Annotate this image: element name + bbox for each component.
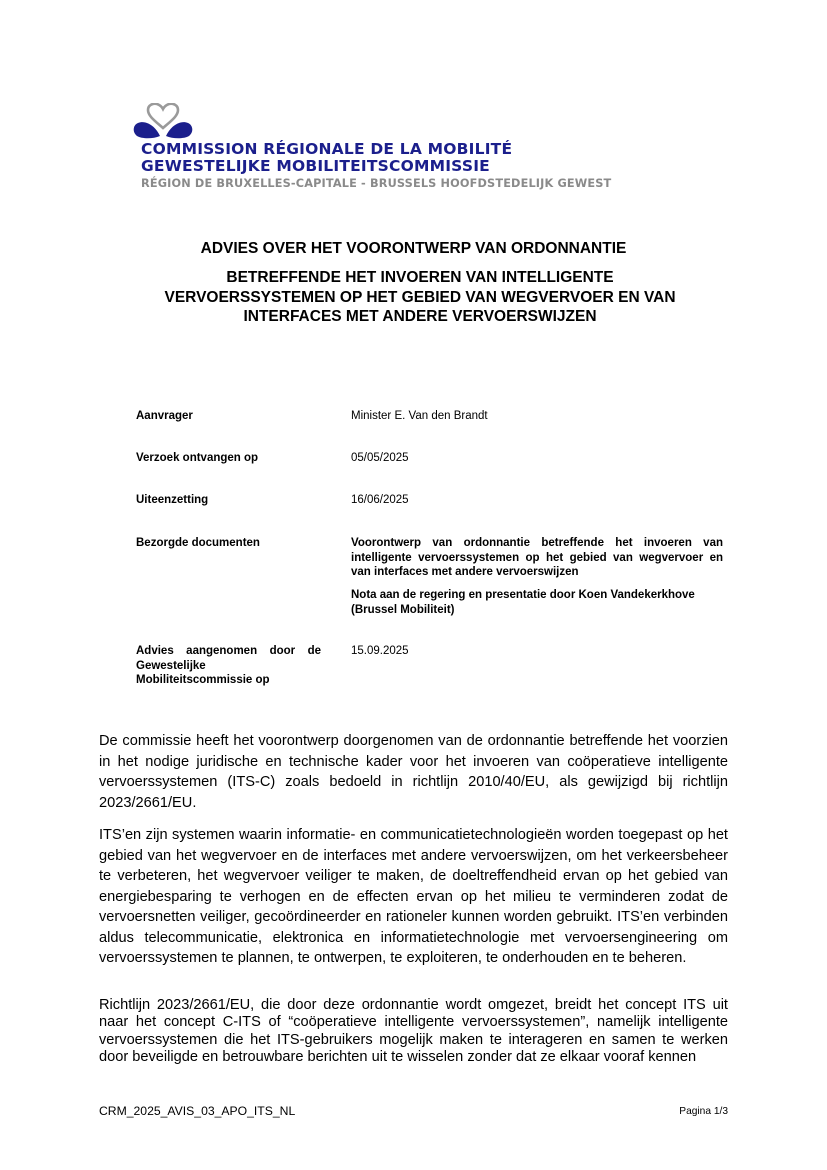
received-label: Verzoek ontvangen op — [136, 451, 321, 466]
presentation-label: Uiteenzetting — [136, 493, 321, 508]
document-subtitle: BETREFFENDE HET INVOEREN VAN INTELLIGENT… — [140, 268, 700, 327]
org-region: RÉGION DE BRUXELLES-CAPITALE - BRUSSELS … — [141, 177, 611, 190]
received-value: 05/05/2025 — [351, 451, 723, 466]
document-item: Voorontwerp van ordonnantie betreffende … — [351, 536, 723, 580]
body-paragraph: ITS’en zijn systemen waarin informatie- … — [99, 825, 728, 969]
footer-page-number: Pagina 1/3 — [679, 1106, 728, 1117]
requester-label: Aanvrager — [136, 409, 321, 424]
footer-doc-ref: CRM_2025_AVIS_03_APO_ITS_NL — [99, 1104, 295, 1118]
presentation-value: 16/06/2025 — [351, 493, 723, 508]
documents-label: Bezorgde documenten — [136, 536, 321, 551]
document-title: ADVIES OVER HET VOORONTWERP VAN ORDONNAN… — [0, 240, 827, 258]
requester-value: Minister E. Van den Brandt — [351, 409, 723, 424]
document-item: Nota aan de regering en presentatie door… — [351, 588, 723, 617]
body-paragraph: De commissie heeft het voorontwerp doorg… — [99, 731, 728, 813]
org-name-nl: GEWESTELIJKE MOBILITEITSCOMMISSIE — [141, 157, 490, 175]
org-name-fr: COMMISSION RÉGIONALE DE LA MOBILITÉ — [141, 140, 512, 158]
body-paragraph: Richtlijn 2023/2661/EU, die door deze or… — [99, 997, 728, 1066]
adopted-value: 15.09.2025 — [351, 644, 723, 659]
heart-drops-logo-icon — [133, 103, 193, 139]
adopted-label: Advies aangenomen door de Gewestelijke M… — [136, 644, 321, 688]
